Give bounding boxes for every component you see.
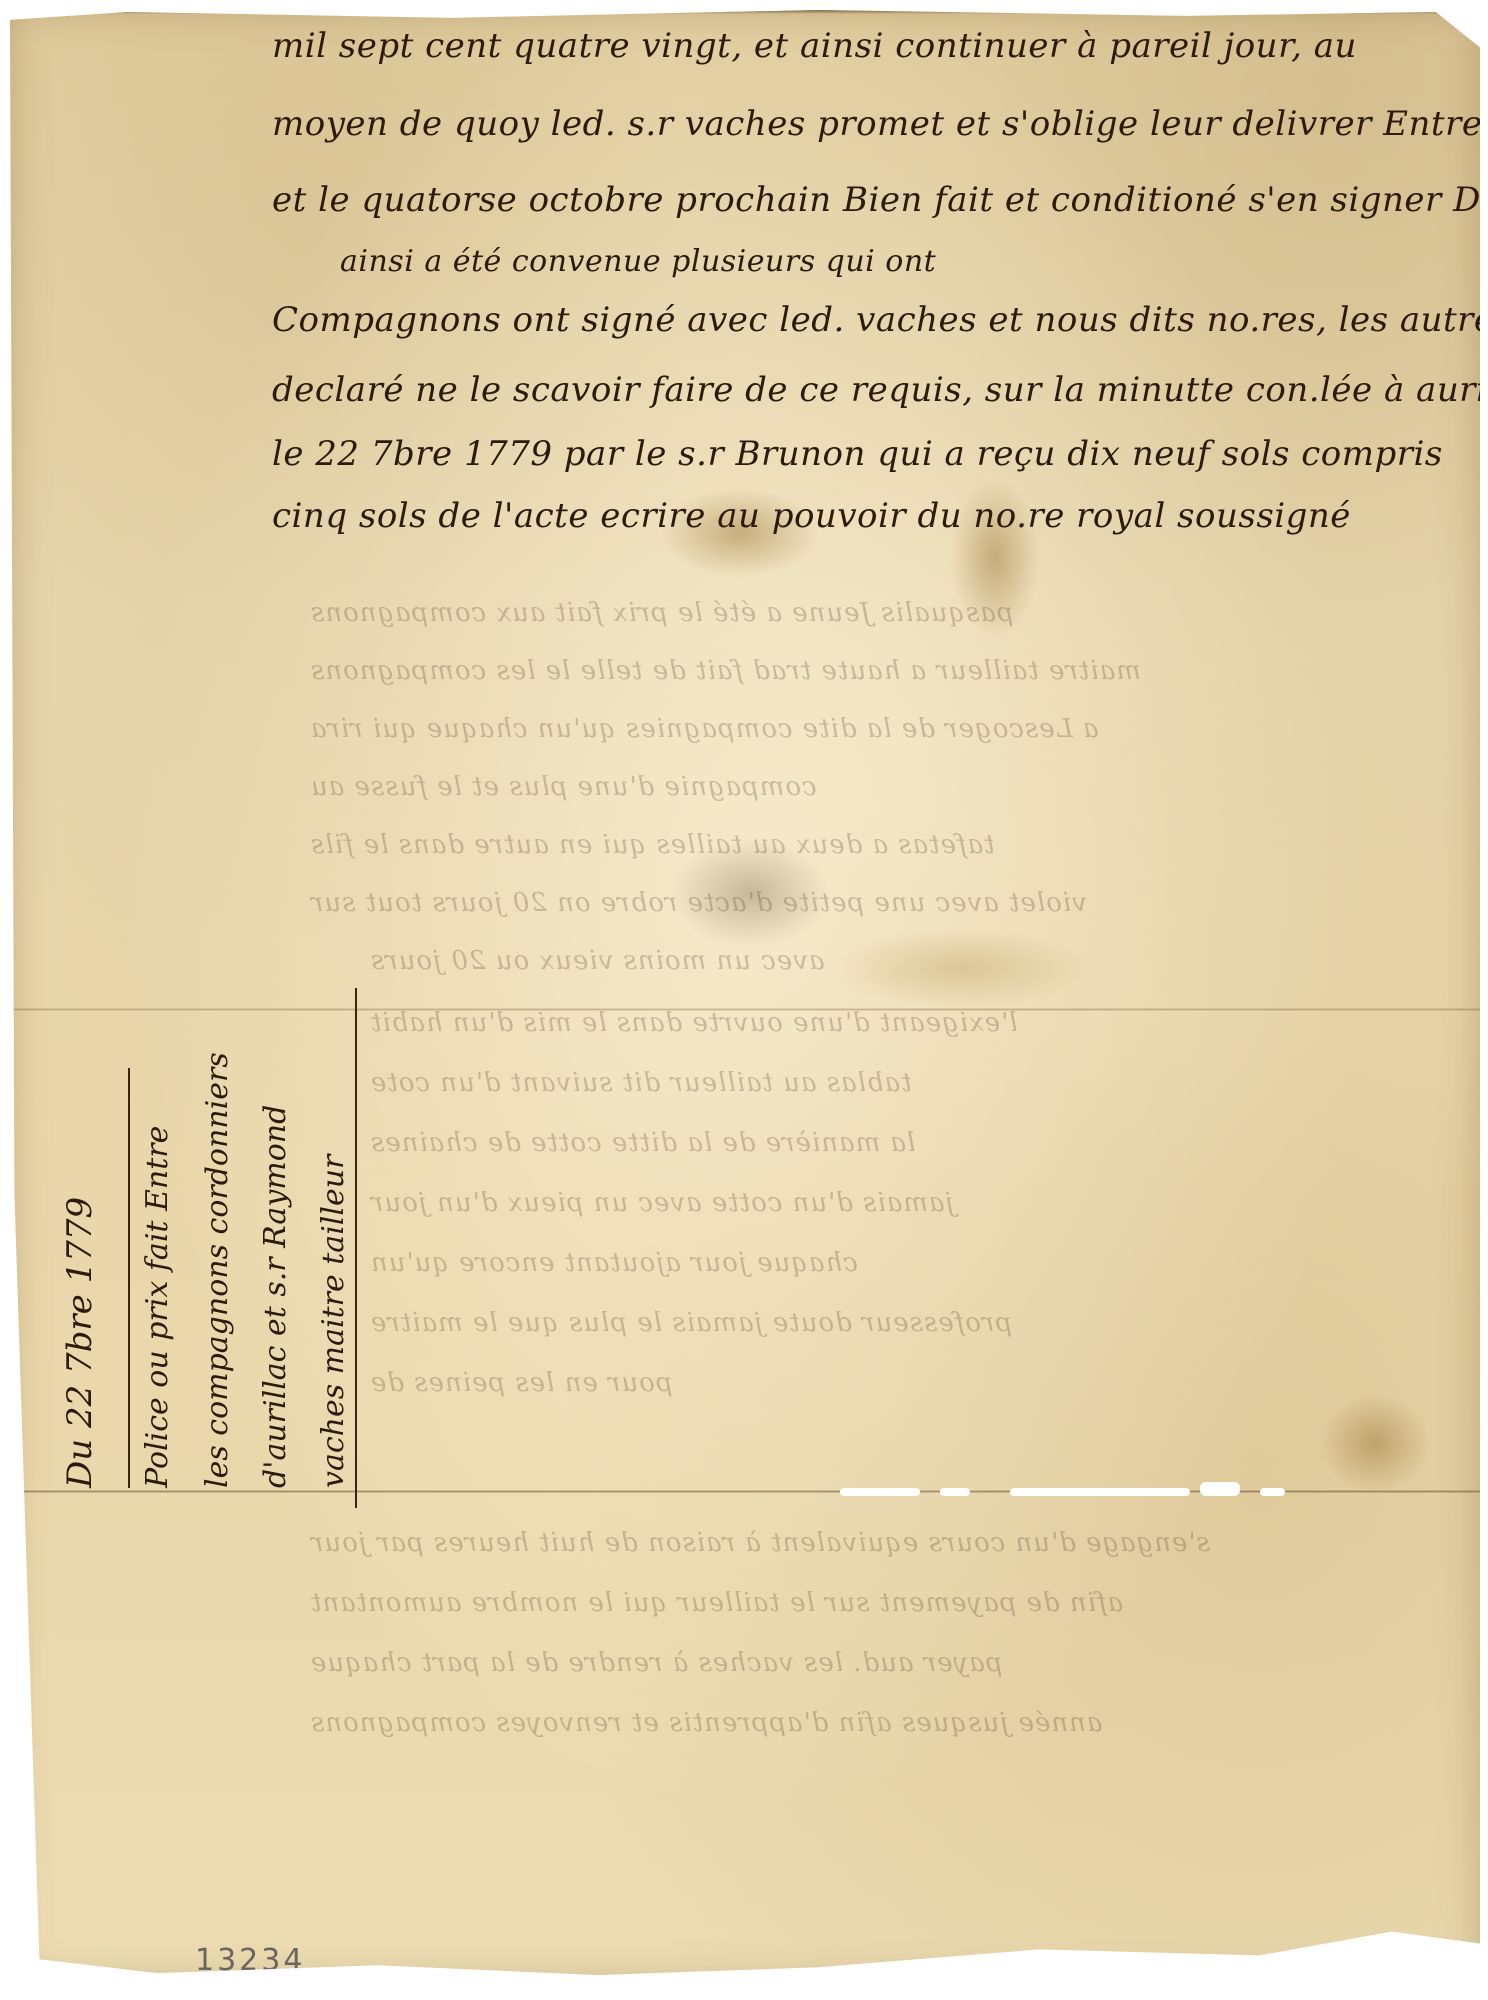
fold-tear: [940, 1488, 970, 1496]
bleed-through-line: chaque jour ajoutant encore qu'un: [370, 1248, 858, 1278]
bleed-through-line: a Lescoger de la dite compagnies qu'un c…: [310, 714, 1099, 744]
margin-note-date: Du 22 7bre 1779: [60, 1197, 100, 1488]
manuscript-line-6: declaré ne le scavoir faire de ce requis…: [272, 370, 1488, 410]
manuscript-line-8: cinq sols de l'acte ecrire au pouvoir du…: [272, 496, 1351, 536]
manuscript-page: pasqualis Jeune a été le prix fait aux c…: [10, 8, 1480, 1983]
bleed-through-line: compagnie d'une plus et le fusse au: [310, 772, 817, 802]
manuscript-line-1: mil sept cent quatre vingt, et ainsi con…: [272, 26, 1357, 66]
bleed-through-line: l'exigeant d'une ouvrte dans le mis d'un…: [370, 1008, 1018, 1038]
margin-note-line-4: vaches maitre tailleur: [316, 1155, 351, 1488]
bleed-through-line: afin de payement sur le tailleur qui le …: [310, 1588, 1123, 1618]
manuscript-line-2: moyen de quoy led. s.r vaches promet et …: [272, 104, 1488, 144]
fold-tear: [1200, 1482, 1240, 1496]
water-stain: [830, 928, 1090, 1008]
bleed-through-line: s'engage d'un cours equivalent à raison …: [310, 1528, 1210, 1558]
margin-note-line-1: Police ou prix fait Entre: [140, 1126, 175, 1488]
bleed-through-line: violet avec une petite d'acte robre on 2…: [310, 888, 1087, 918]
water-stain: [1320, 1393, 1430, 1493]
manuscript-line-3: et le quatorse octobre prochain Bien fai…: [272, 180, 1488, 220]
bleed-through-line: jamais d'un cotte avec un pieux d'un jou…: [370, 1188, 954, 1218]
fold-tear: [1260, 1488, 1285, 1496]
manuscript-line-4: ainsi a été convenue plusieurs qui ont: [340, 244, 936, 279]
bleed-through-line: avec un moins vieux ou 20 jours: [370, 946, 824, 976]
bleed-through-line: pour en les peines de: [370, 1368, 673, 1398]
bleed-through-line: professeur doute jamais le plus que le m…: [370, 1308, 1012, 1338]
paper-top-edge: [10, 8, 1480, 14]
manuscript-line-5: Compagnons ont signé avec led. vaches et…: [272, 300, 1488, 340]
bleed-through-line: tafetas a deux au tailles qui en autre d…: [310, 830, 995, 860]
fold-tear: [1010, 1488, 1190, 1496]
margin-note: Du 22 7bre 1779 Police ou prix fait Entr…: [40, 1048, 380, 1508]
bleed-through-line: payer aud. les vaches à rendre de la par…: [310, 1648, 1002, 1678]
bleed-through-line: la manière de la ditte cotte de chaines: [370, 1128, 915, 1158]
catalog-number: 13234: [195, 1943, 305, 1978]
margin-note-line-2: les compagnons cordonniers: [200, 1052, 235, 1488]
fold-tear: [840, 1488, 920, 1496]
manuscript-line-7: le 22 7bre 1779 par le s.r Brunon qui a …: [272, 434, 1443, 474]
bleed-through-line: tablas au tailleur dit suivant d'un cote: [370, 1068, 912, 1098]
margin-note-underline: [128, 1068, 130, 1488]
bleed-through-line: maitre tailleur a haute trad fait de tel…: [310, 656, 1141, 686]
bleed-through-line: année jusques afin d'apprentis et renvoy…: [310, 1708, 1102, 1738]
margin-note-line-3: d'aurillac et s.r Raymond: [258, 1105, 293, 1488]
bleed-through-line: pasqualis Jeune a été le prix fait aux c…: [310, 598, 1014, 628]
